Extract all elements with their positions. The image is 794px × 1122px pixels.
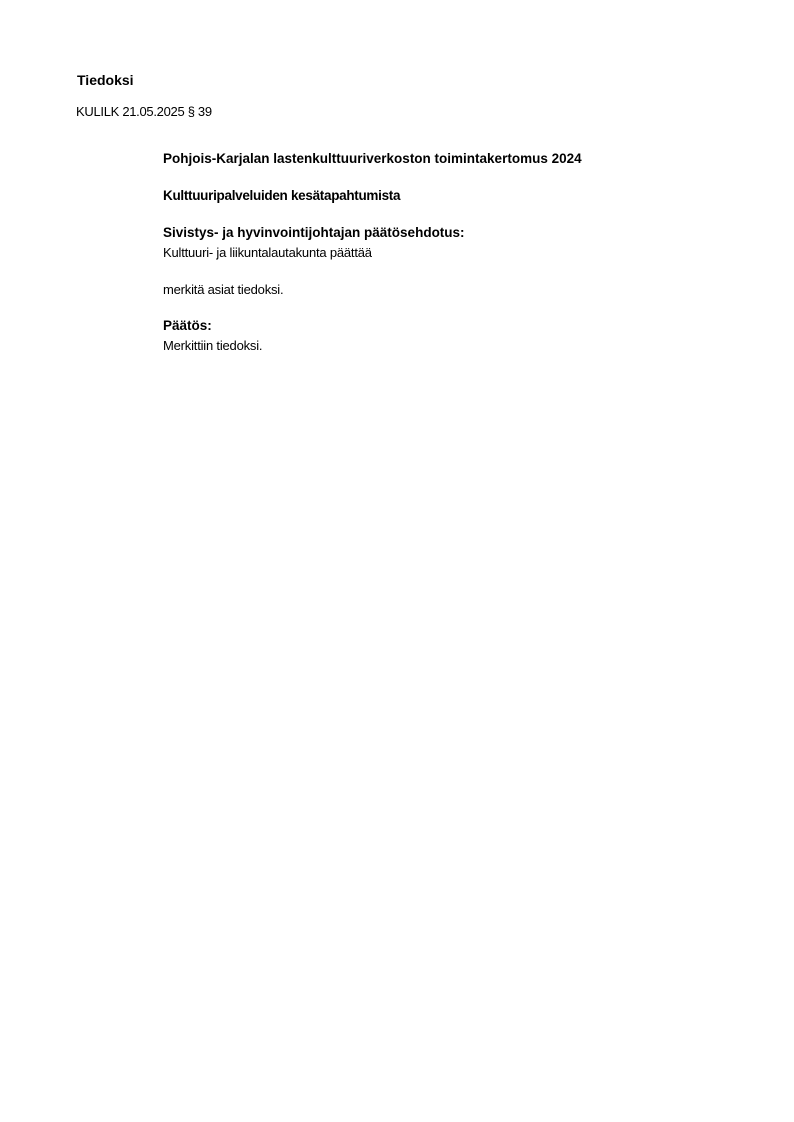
decision-heading: Päätös: [163,318,212,333]
item-subtitle: Kulttuuripalveluiden kesätapahtumista [163,188,400,203]
decision-text: Merkittiin tiedoksi. [163,338,262,353]
proposal-text: merkitä asiat tiedoksi. [163,282,283,297]
proposal-intro: Kulttuuri- ja liikuntalautakunta päättää [163,245,372,260]
item-title: Pohjois-Karjalan lastenkulttuuriverkosto… [163,151,582,166]
meeting-reference: KULILK 21.05.2025 § 39 [76,104,212,119]
section-title: Tiedoksi [77,72,134,88]
proposal-heading: Sivistys- ja hyvinvointijohtajan päätöse… [163,225,465,240]
